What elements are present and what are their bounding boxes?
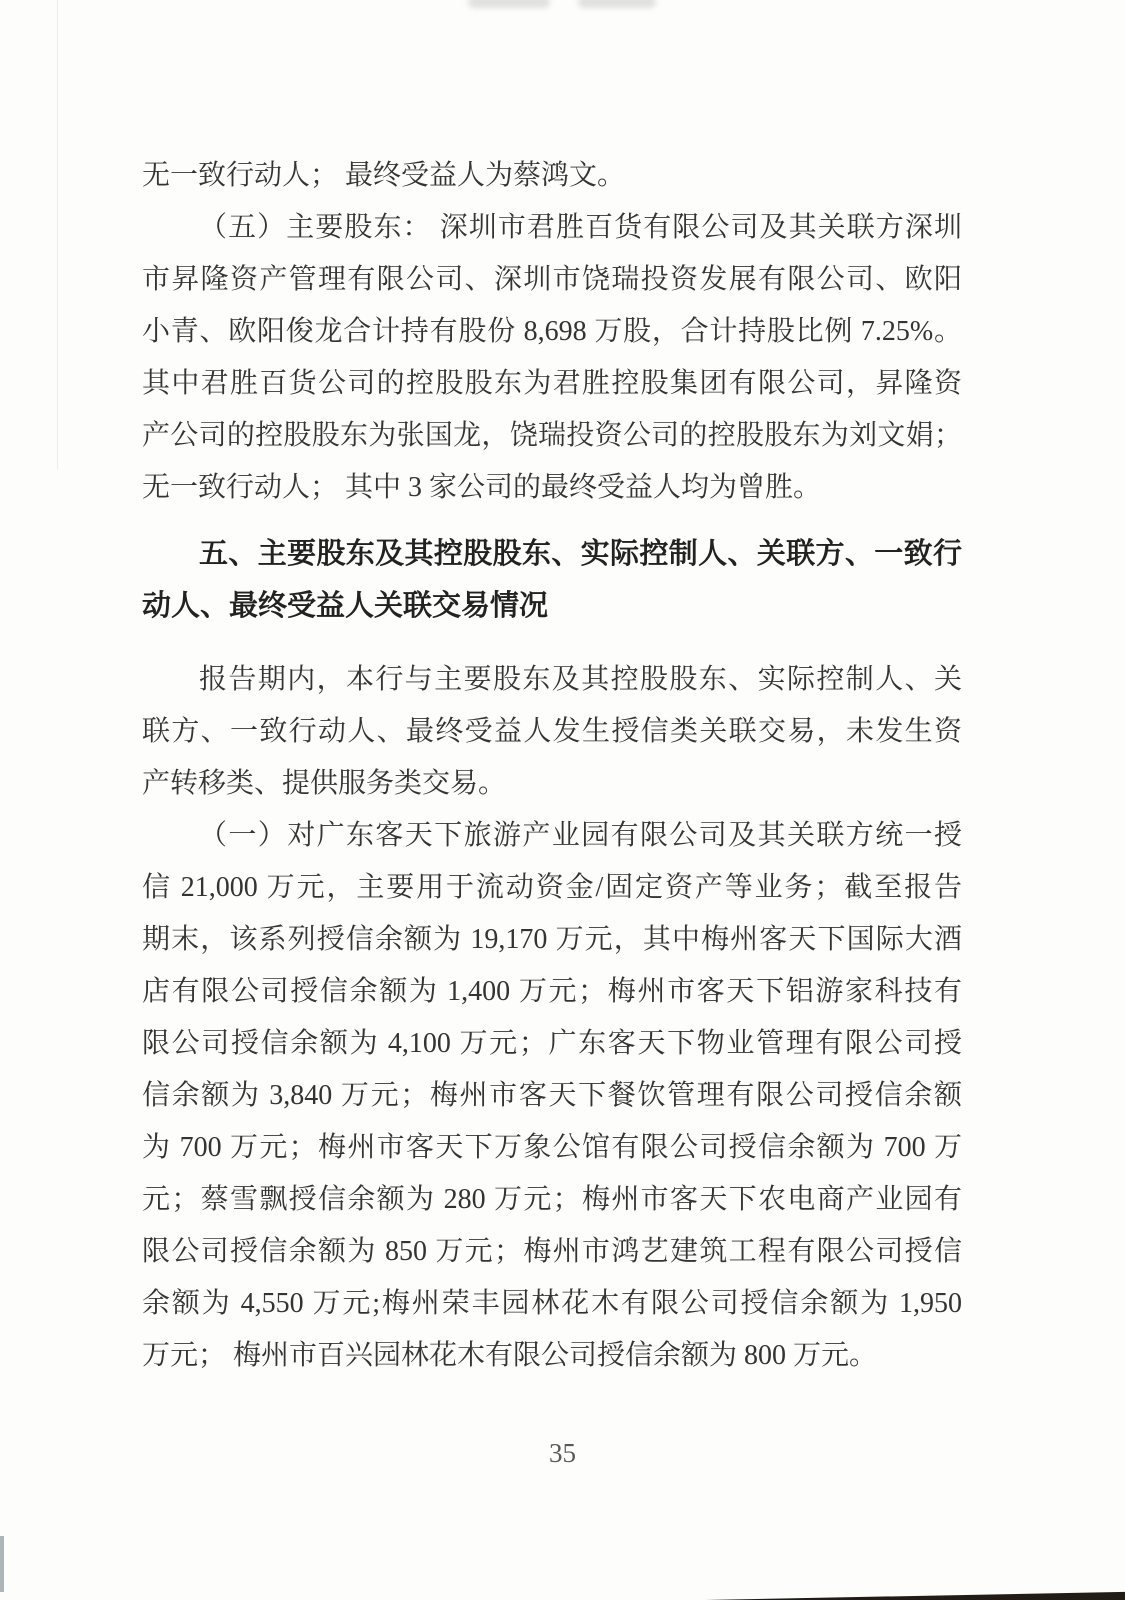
text-line: 联方、一致行动人、最终受益人发生授信类关联交易，未发生资 <box>142 706 962 758</box>
section-heading-line: 五、主要股东及其控股股东、实际控制人、关联方、一致行 <box>142 528 962 580</box>
text-line: 产转移类、提供服务类交易。 <box>142 758 962 810</box>
text-line: 信 21,000 万元，主要用于流动资金/固定资产等业务；截至报告 <box>142 862 962 914</box>
text-line: 限公司授信余额为 4,100 万元；广东客天下物业管理有限公司授 <box>142 1018 962 1070</box>
text-line: 信余额为 3,840 万元；梅州市客天下餐饮管理有限公司授信余额 <box>142 1070 962 1122</box>
text-line: 产公司的控股股东为张国龙，饶瑞投资公司的控股股东为刘文娟； <box>142 410 962 462</box>
text-line: 无一致行动人； 最终受益人为蔡鸿文。 <box>142 150 962 202</box>
text-line: 其中君胜百货公司的控股股东为君胜控股集团有限公司，昇隆资 <box>142 358 962 410</box>
document-page: 无一致行动人； 最终受益人为蔡鸿文。 （五）主要股东： 深圳市君胜百货有限公司及… <box>0 0 1125 1600</box>
text-line: 万元； 梅州市百兴园林花木有限公司授信余额为 800 万元。 <box>142 1330 962 1382</box>
text-line: 无一致行动人； 其中 3 家公司的最终受益人均为曾胜。 <box>142 462 962 514</box>
text-line: 市昇隆资产管理有限公司、深圳市饶瑞投资发展有限公司、欧阳 <box>142 254 962 306</box>
text-line: （五）主要股东： 深圳市君胜百货有限公司及其关联方深圳 <box>142 202 962 254</box>
text-line: 余额为 4,550 万元;梅州荣丰园林花木有限公司授信余额为 1,950 <box>142 1278 962 1330</box>
scan-smudge-artifact <box>578 0 656 8</box>
section-heading-line: 动人、最终受益人关联交易情况 <box>142 580 962 632</box>
text-line: （一）对广东客天下旅游产业园有限公司及其关联方统一授 <box>142 810 962 862</box>
text-line: 期末，该系列授信余额为 19,170 万元，其中梅州客天下国际大酒 <box>142 914 962 966</box>
page-number: 35 <box>0 1438 1125 1469</box>
text-line: 限公司授信余额为 850 万元；梅州市鸿艺建筑工程有限公司授信 <box>142 1226 962 1278</box>
scan-edge-strip <box>0 1536 4 1592</box>
scan-smudge-artifact <box>468 0 550 8</box>
scan-line-artifact <box>57 0 58 470</box>
text-line: 店有限公司授信余额为 1,400 万元；梅州市客天下铝游家科技有 <box>142 966 962 1018</box>
scan-edge-shadow <box>705 1591 1125 1600</box>
document-body: 无一致行动人； 最终受益人为蔡鸿文。 （五）主要股东： 深圳市君胜百货有限公司及… <box>142 150 962 1382</box>
text-line: 报告期内，本行与主要股东及其控股股东、实际控制人、关 <box>142 654 962 706</box>
text-line: 为 700 万元；梅州市客天下万象公馆有限公司授信余额为 700 万 <box>142 1122 962 1174</box>
text-line: 小青、欧阳俊龙合计持有股份 8,698 万股，合计持股比例 7.25%。 <box>142 306 962 358</box>
text-line: 元；蔡雪飘授信余额为 280 万元；梅州市客天下农电商产业园有 <box>142 1174 962 1226</box>
